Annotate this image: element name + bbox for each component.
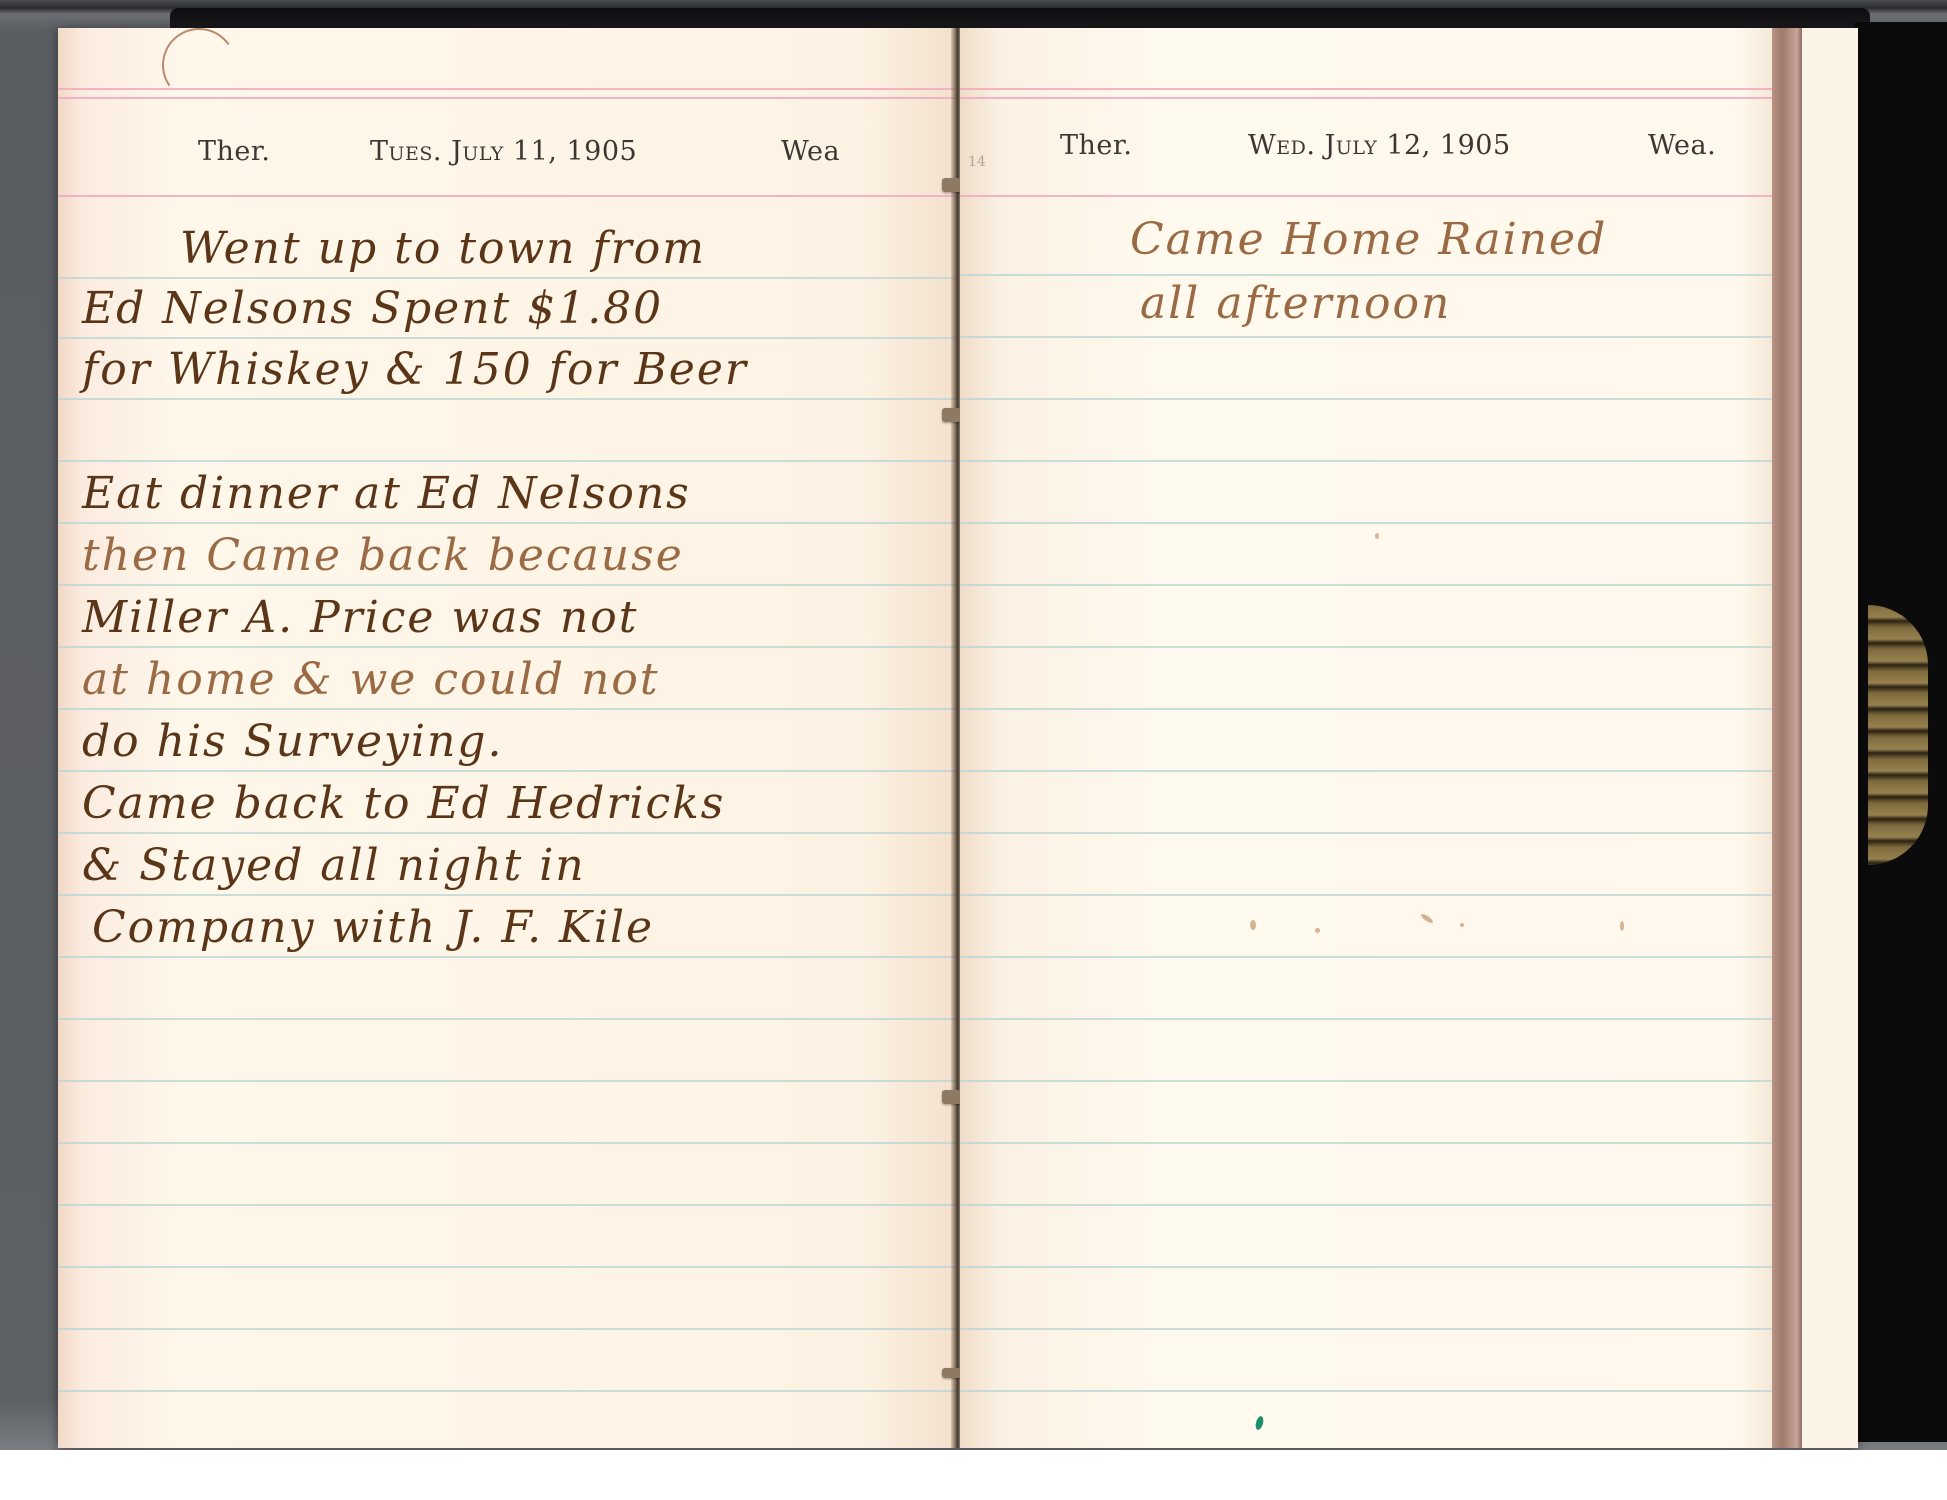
ruled-line bbox=[960, 398, 1772, 400]
cover-top-edge bbox=[170, 8, 1870, 30]
ruled-line bbox=[960, 1328, 1772, 1330]
ruled-line bbox=[58, 460, 958, 462]
top-pink-rule bbox=[58, 88, 958, 90]
ruled-line bbox=[58, 1390, 958, 1392]
ruled-line bbox=[58, 708, 958, 710]
header-pink-rule bbox=[960, 195, 1772, 197]
top-pink-rule bbox=[960, 97, 1772, 99]
ruled-line bbox=[960, 832, 1772, 834]
right-page-header: Ther. Wed. July 12, 1905 Wea. bbox=[960, 126, 1772, 186]
ruled-line bbox=[58, 398, 958, 400]
ink-speck bbox=[1460, 923, 1464, 927]
entry-line: Came back to Ed Hedricks bbox=[82, 778, 725, 829]
entry-line: Eat dinner at Ed Nelsons bbox=[82, 468, 691, 519]
ruled-line bbox=[58, 1018, 958, 1020]
header-pink-rule bbox=[58, 195, 958, 197]
ruled-line bbox=[960, 770, 1772, 772]
entry-line: Ed Nelsons Spent $1.80 bbox=[82, 283, 663, 334]
entry-line: at home & we could not bbox=[82, 654, 660, 705]
ink-speck bbox=[1250, 920, 1256, 930]
left-page-header: Ther. Tues. July 11, 1905 Wea bbox=[58, 126, 958, 186]
ruled-line bbox=[58, 832, 958, 834]
page-block-edge bbox=[1772, 28, 1802, 1448]
wea-label: Wea. bbox=[1648, 130, 1716, 161]
entry-line: do his Surveying. bbox=[82, 716, 503, 767]
ruled-line bbox=[58, 894, 958, 896]
right-page: 14 Ther. Wed. July 12, 1905 Wea. Came Ho… bbox=[960, 28, 1772, 1448]
ruled-line bbox=[58, 1328, 958, 1330]
ruled-line bbox=[58, 1204, 958, 1206]
ruled-line bbox=[960, 1080, 1772, 1082]
ruled-line bbox=[58, 646, 958, 648]
entry-line: Company with J. F. Kile bbox=[92, 902, 654, 953]
entry-line: Went up to town from bbox=[180, 223, 706, 274]
left-page: Ther. Tues. July 11, 1905 Wea Went up to… bbox=[58, 28, 958, 1448]
ruled-line bbox=[58, 584, 958, 586]
ther-label: Ther. bbox=[198, 136, 270, 167]
ruled-line bbox=[58, 770, 958, 772]
ink-speck bbox=[1375, 533, 1379, 539]
ruled-line bbox=[960, 460, 1772, 462]
ruled-line bbox=[58, 337, 958, 339]
ruled-line bbox=[58, 522, 958, 524]
entry-line: Came Home Rained bbox=[1130, 214, 1607, 265]
entry-line: then Came back because bbox=[82, 530, 684, 581]
ruled-line bbox=[960, 1204, 1772, 1206]
ink-arc-mark bbox=[156, 28, 242, 108]
entry-line: & Stayed all night in bbox=[82, 840, 586, 891]
ruled-line bbox=[58, 956, 958, 958]
date-heading: Wed. July 12, 1905 bbox=[1248, 130, 1511, 161]
ruled-line bbox=[58, 1080, 958, 1082]
entry-line: Miller A. Price was not bbox=[82, 592, 638, 643]
ruled-line bbox=[960, 274, 1772, 276]
ruled-line bbox=[960, 1266, 1772, 1268]
ruled-line bbox=[58, 277, 958, 279]
ruled-line bbox=[960, 646, 1772, 648]
ruled-line bbox=[960, 1142, 1772, 1144]
entry-line: all afternoon bbox=[1140, 278, 1451, 329]
date-heading: Tues. July 11, 1905 bbox=[370, 136, 637, 167]
diary-spread: Ther. Tues. July 11, 1905 Wea Went up to… bbox=[58, 28, 1858, 1448]
ruled-line bbox=[960, 522, 1772, 524]
ruled-line bbox=[960, 956, 1772, 958]
wea-label: Wea bbox=[781, 136, 840, 167]
cover-clasp-decoration bbox=[1868, 605, 1928, 865]
scan-margin bbox=[0, 1450, 1947, 1500]
ink-speck bbox=[1420, 912, 1434, 924]
ink-speck bbox=[1620, 921, 1624, 931]
ruled-line bbox=[58, 1142, 958, 1144]
top-pink-rule bbox=[960, 88, 1772, 90]
ruled-line bbox=[960, 1018, 1772, 1020]
ruled-line bbox=[960, 894, 1772, 896]
ruled-line bbox=[960, 1390, 1772, 1392]
entry-line: for Whiskey & 150 for Beer bbox=[82, 344, 748, 395]
ruled-line bbox=[960, 336, 1772, 338]
ther-label: Ther. bbox=[1060, 130, 1132, 161]
top-pink-rule bbox=[58, 97, 958, 99]
ruled-line bbox=[960, 708, 1772, 710]
ruled-line bbox=[960, 584, 1772, 586]
ink-speck bbox=[1315, 928, 1320, 933]
ruled-line bbox=[58, 1266, 958, 1268]
